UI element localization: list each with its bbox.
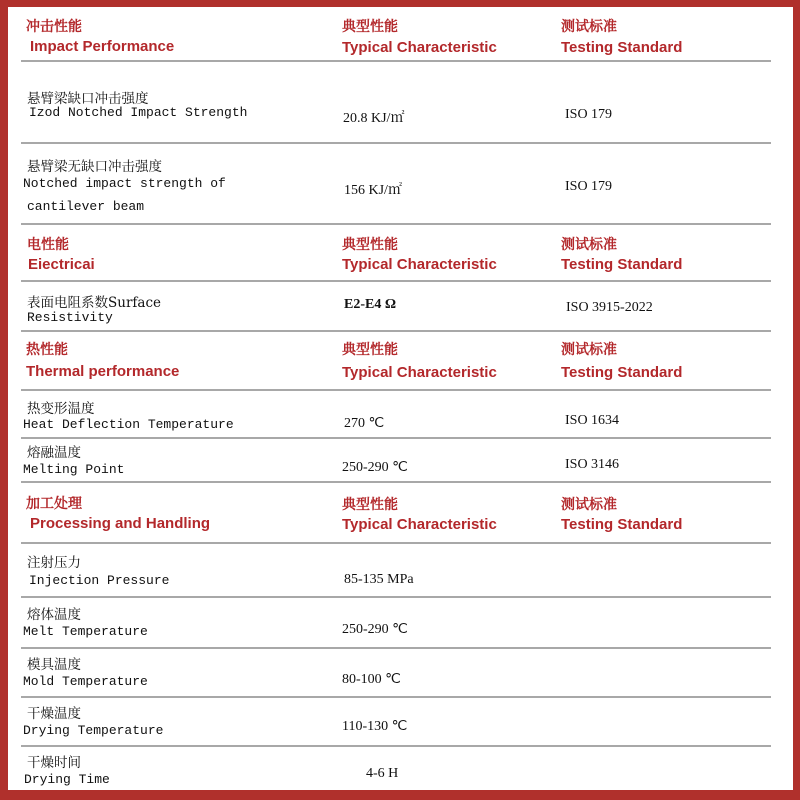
property-name-cn: 干燥时间: [27, 751, 81, 771]
property-value: 156 KJ/㎡: [344, 179, 402, 199]
property-name-cn: 注射压力: [27, 551, 81, 571]
column-header-standard-cn: 测试标准: [561, 234, 617, 254]
property-value: 4-6 H: [366, 766, 398, 782]
property-value: 80-100 ℃: [342, 671, 401, 688]
property-standard: ISO 3915-2022: [566, 300, 653, 316]
column-header-typical-en: Typical Characteristic: [342, 516, 497, 533]
property-name-en-line2: cantilever beam: [27, 199, 144, 214]
property-name-cn: 熔体温度: [27, 603, 81, 623]
divider: [21, 142, 771, 144]
property-name-cn: 表面电阻系数Surface: [27, 291, 161, 311]
divider: [21, 223, 771, 225]
property-value: 85-135 MPa: [344, 572, 414, 588]
column-header-typical-cn: 典型性能: [342, 16, 398, 36]
column-header-standard-cn: 测试标准: [561, 16, 617, 36]
property-name-en: Mold Temperature: [23, 674, 148, 689]
section-title-en: Thermal performance: [26, 363, 179, 380]
column-header-standard-en: Testing Standard: [561, 364, 682, 381]
property-value: 250-290 ℃: [342, 621, 408, 638]
section-title-cn: 电性能: [27, 234, 69, 254]
property-value: 110-130 ℃: [342, 718, 407, 735]
column-header-standard-en: Testing Standard: [561, 39, 682, 56]
property-value: 20.8 KJ/㎡: [343, 107, 404, 127]
column-header-standard-en: Testing Standard: [561, 256, 682, 273]
column-header-typical-cn: 典型性能: [342, 339, 398, 359]
property-value: 270 ℃: [344, 415, 384, 432]
property-value: E2-E4 Ω: [344, 297, 396, 313]
property-standard: ISO 1634: [565, 413, 619, 429]
property-name-en: Resistivity: [27, 310, 113, 325]
property-name-en: Melt Temperature: [23, 624, 148, 639]
column-header-typical-cn: 典型性能: [342, 234, 398, 254]
divider: [21, 330, 771, 332]
property-name-en: Heat Deflection Temperature: [23, 417, 234, 432]
section-title-en: Eiectricai: [28, 256, 95, 273]
property-name-cn: 干燥温度: [27, 702, 81, 722]
property-name-en: Drying Temperature: [23, 723, 163, 738]
property-standard: ISO 179: [565, 179, 612, 195]
property-name-en: Melting Point: [23, 462, 124, 477]
property-standard: ISO 3146: [565, 457, 619, 473]
section-title-en: Processing and Handling: [30, 515, 210, 532]
divider: [21, 696, 771, 698]
column-header-typical-en: Typical Characteristic: [342, 364, 497, 381]
divider: [21, 437, 771, 439]
property-name-cn: 悬臂梁无缺口冲击强度: [27, 155, 162, 175]
column-header-standard-en: Testing Standard: [561, 516, 682, 533]
column-header-typical-cn: 典型性能: [342, 494, 398, 514]
section-title-cn: 加工处理: [26, 493, 82, 513]
property-name-cn: 熔融温度: [27, 441, 81, 461]
spec-sheet: 冲击性能 Impact Performance 典型性能 Typical Cha…: [8, 7, 793, 790]
property-name-cn: 模具温度: [27, 653, 81, 673]
column-header-typical-en: Typical Characteristic: [342, 256, 497, 273]
divider: [21, 647, 771, 649]
column-header-standard-cn: 测试标准: [561, 339, 617, 359]
property-name-en: Notched impact strength of: [23, 176, 226, 191]
property-name-cn: 热变形温度: [27, 397, 95, 417]
column-header-typical-en: Typical Characteristic: [342, 39, 497, 56]
property-value: 250-290 ℃: [342, 459, 408, 476]
section-title-cn: 冲击性能: [26, 16, 82, 36]
divider: [21, 596, 771, 598]
property-name-cn: 悬臂梁缺口冲击强度: [27, 87, 149, 107]
divider: [21, 389, 771, 391]
divider: [21, 542, 771, 544]
divider: [21, 745, 771, 747]
property-name-en: Drying Time: [24, 772, 110, 787]
divider: [21, 280, 771, 282]
divider: [21, 60, 771, 62]
property-standard: ISO 179: [565, 107, 612, 123]
column-header-standard-cn: 测试标准: [561, 494, 617, 514]
section-title-en: Impact Performance: [30, 38, 174, 55]
property-name-en: Izod Notched Impact Strength: [29, 105, 247, 120]
section-title-cn: 热性能: [26, 339, 68, 359]
divider: [21, 481, 771, 483]
property-name-en: Injection Pressure: [29, 573, 169, 588]
